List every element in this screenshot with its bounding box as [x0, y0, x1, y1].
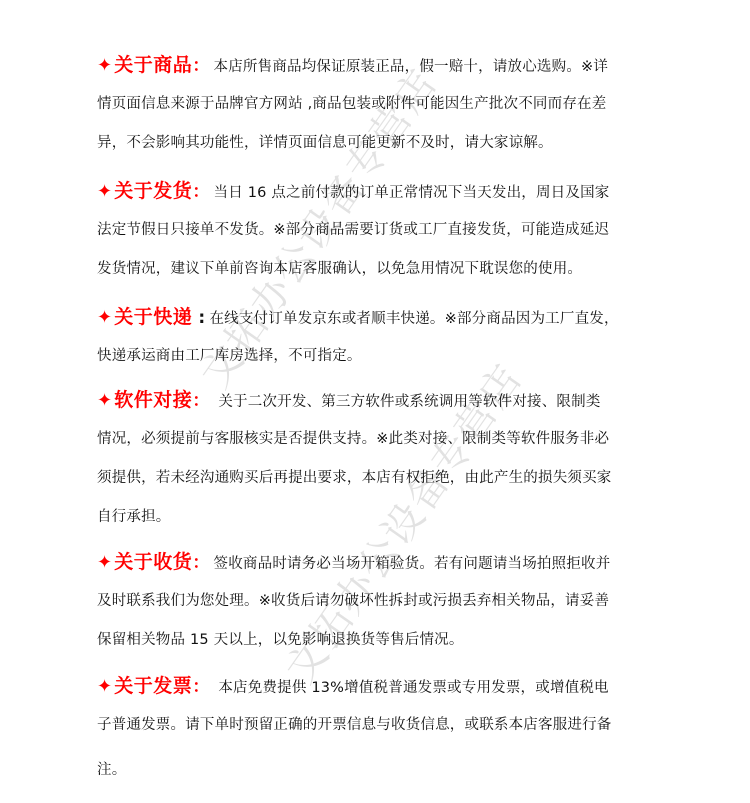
section-courier: ✦关于快递 :在线支付订单发京东或者顺丰快递。※部分商品因为工厂直发， 快递承运…	[97, 298, 653, 376]
colon: :	[192, 308, 205, 328]
body-line: 注。	[97, 745, 653, 790]
body-line: 情况，必须提前与客服核实是否提供支持。※此类对接、限制类等软件服务非必	[97, 420, 653, 459]
red-star-icon: ✦	[97, 55, 112, 76]
red-star-icon: ✦	[97, 552, 112, 573]
section-title: 关于发票	[114, 675, 192, 697]
body-line: 快递承运商由工厂库房选择，不可指定。	[97, 337, 653, 376]
colon: ：	[192, 677, 209, 697]
body-text: 关于二次开发、第三方软件或系统调用等软件对接、限制类	[214, 394, 601, 410]
body-line: 发货情况，建议下单前咨询本店客服确认，以免急用情况下耽误您的使用。	[97, 250, 653, 289]
body-line: 异，不会影响其功能性，详情页面信息可能更新不及时，请大家谅解。	[97, 124, 653, 163]
section-title: 关于收货	[114, 551, 192, 573]
red-star-icon: ✦	[97, 181, 112, 202]
section-title: 关于快递	[114, 306, 192, 328]
store-policy-document: ✦关于商品：本店所售商品均保证原装正品，假一赔十，请放心选购。※详 情页面信息来…	[97, 46, 653, 790]
body-text: 本店免费提供 13%增值税普通发票或专用发票，或增值税电	[214, 680, 609, 696]
body-line: 须提供，若未经沟通购买后再提出要求，本店有权拒绝，由此产生的损失须买家	[97, 459, 653, 498]
section-heading-line: ✦关于快递 :在线支付订单发京东或者顺丰快递。※部分商品因为工厂直发，	[97, 298, 653, 337]
body-text: 当日 16 点之前付款的订单正常情况下当天发出，周日及国家	[214, 185, 610, 201]
colon: ：	[192, 553, 209, 573]
section-receiving: ✦关于收货：签收商品时请务必当场开箱验货。若有问题请当场拍照拒收并 及时联系我们…	[97, 543, 653, 660]
colon: ：	[192, 182, 209, 202]
section-title: 软件对接	[114, 389, 192, 411]
colon: ：	[192, 391, 209, 411]
body-line: 自行承担。	[97, 498, 653, 537]
section-product: ✦关于商品：本店所售商品均保证原装正品，假一赔十，请放心选购。※详 情页面信息来…	[97, 46, 653, 163]
body-line: 情页面信息来源于品牌官方网站 ,商品包装或附件可能因生产批次不同而存在差	[97, 85, 653, 124]
red-star-icon: ✦	[97, 307, 112, 328]
section-shipping: ✦关于发货：当日 16 点之前付款的订单正常情况下当天发出，周日及国家 法定节假…	[97, 172, 653, 289]
section-software-integration: ✦软件对接： 关于二次开发、第三方软件或系统调用等软件对接、限制类 情况，必须提…	[97, 381, 653, 537]
colon: ：	[192, 56, 209, 76]
body-line: 法定节假日只接单不发货。※部分商品需要订货或工厂直接发货，可能造成延迟	[97, 211, 653, 250]
body-line: 保留相关物品 15 天以上，以免影响退换货等售后情况。	[97, 621, 653, 660]
section-heading-line: ✦关于商品：本店所售商品均保证原装正品，假一赔十，请放心选购。※详	[97, 46, 653, 85]
section-title: 关于发货	[114, 180, 192, 202]
section-heading-line: ✦关于发票： 本店免费提供 13%增值税普通发票或专用发票，或增值税电	[97, 667, 653, 706]
section-invoice: ✦关于发票： 本店免费提供 13%增值税普通发票或专用发票，或增值税电 子普通发…	[97, 667, 653, 790]
body-line: 子普通发票。请下单时预留正确的开票信息与收货信息，或联系本店客服进行备	[97, 706, 653, 745]
section-heading-line: ✦关于发货：当日 16 点之前付款的订单正常情况下当天发出，周日及国家	[97, 172, 653, 211]
red-star-icon: ✦	[97, 676, 112, 697]
section-title: 关于商品	[114, 54, 192, 76]
body-text: 签收商品时请务必当场开箱验货。若有问题请当场拍照拒收并	[214, 556, 611, 572]
body-line: 及时联系我们为您处理。※收货后请勿破坏性拆封或污损丢弃相关物品，请妥善	[97, 582, 653, 621]
red-star-icon: ✦	[97, 390, 112, 411]
section-heading-line: ✦关于收货：签收商品时请务必当场开箱验货。若有问题请当场拍照拒收并	[97, 543, 653, 582]
section-heading-line: ✦软件对接： 关于二次开发、第三方软件或系统调用等软件对接、限制类	[97, 381, 653, 420]
body-text: 本店所售商品均保证原装正品，假一赔十，请放心选购。※详	[214, 59, 609, 75]
body-text: 在线支付订单发京东或者顺丰快递。※部分商品因为工厂直发，	[209, 311, 618, 327]
